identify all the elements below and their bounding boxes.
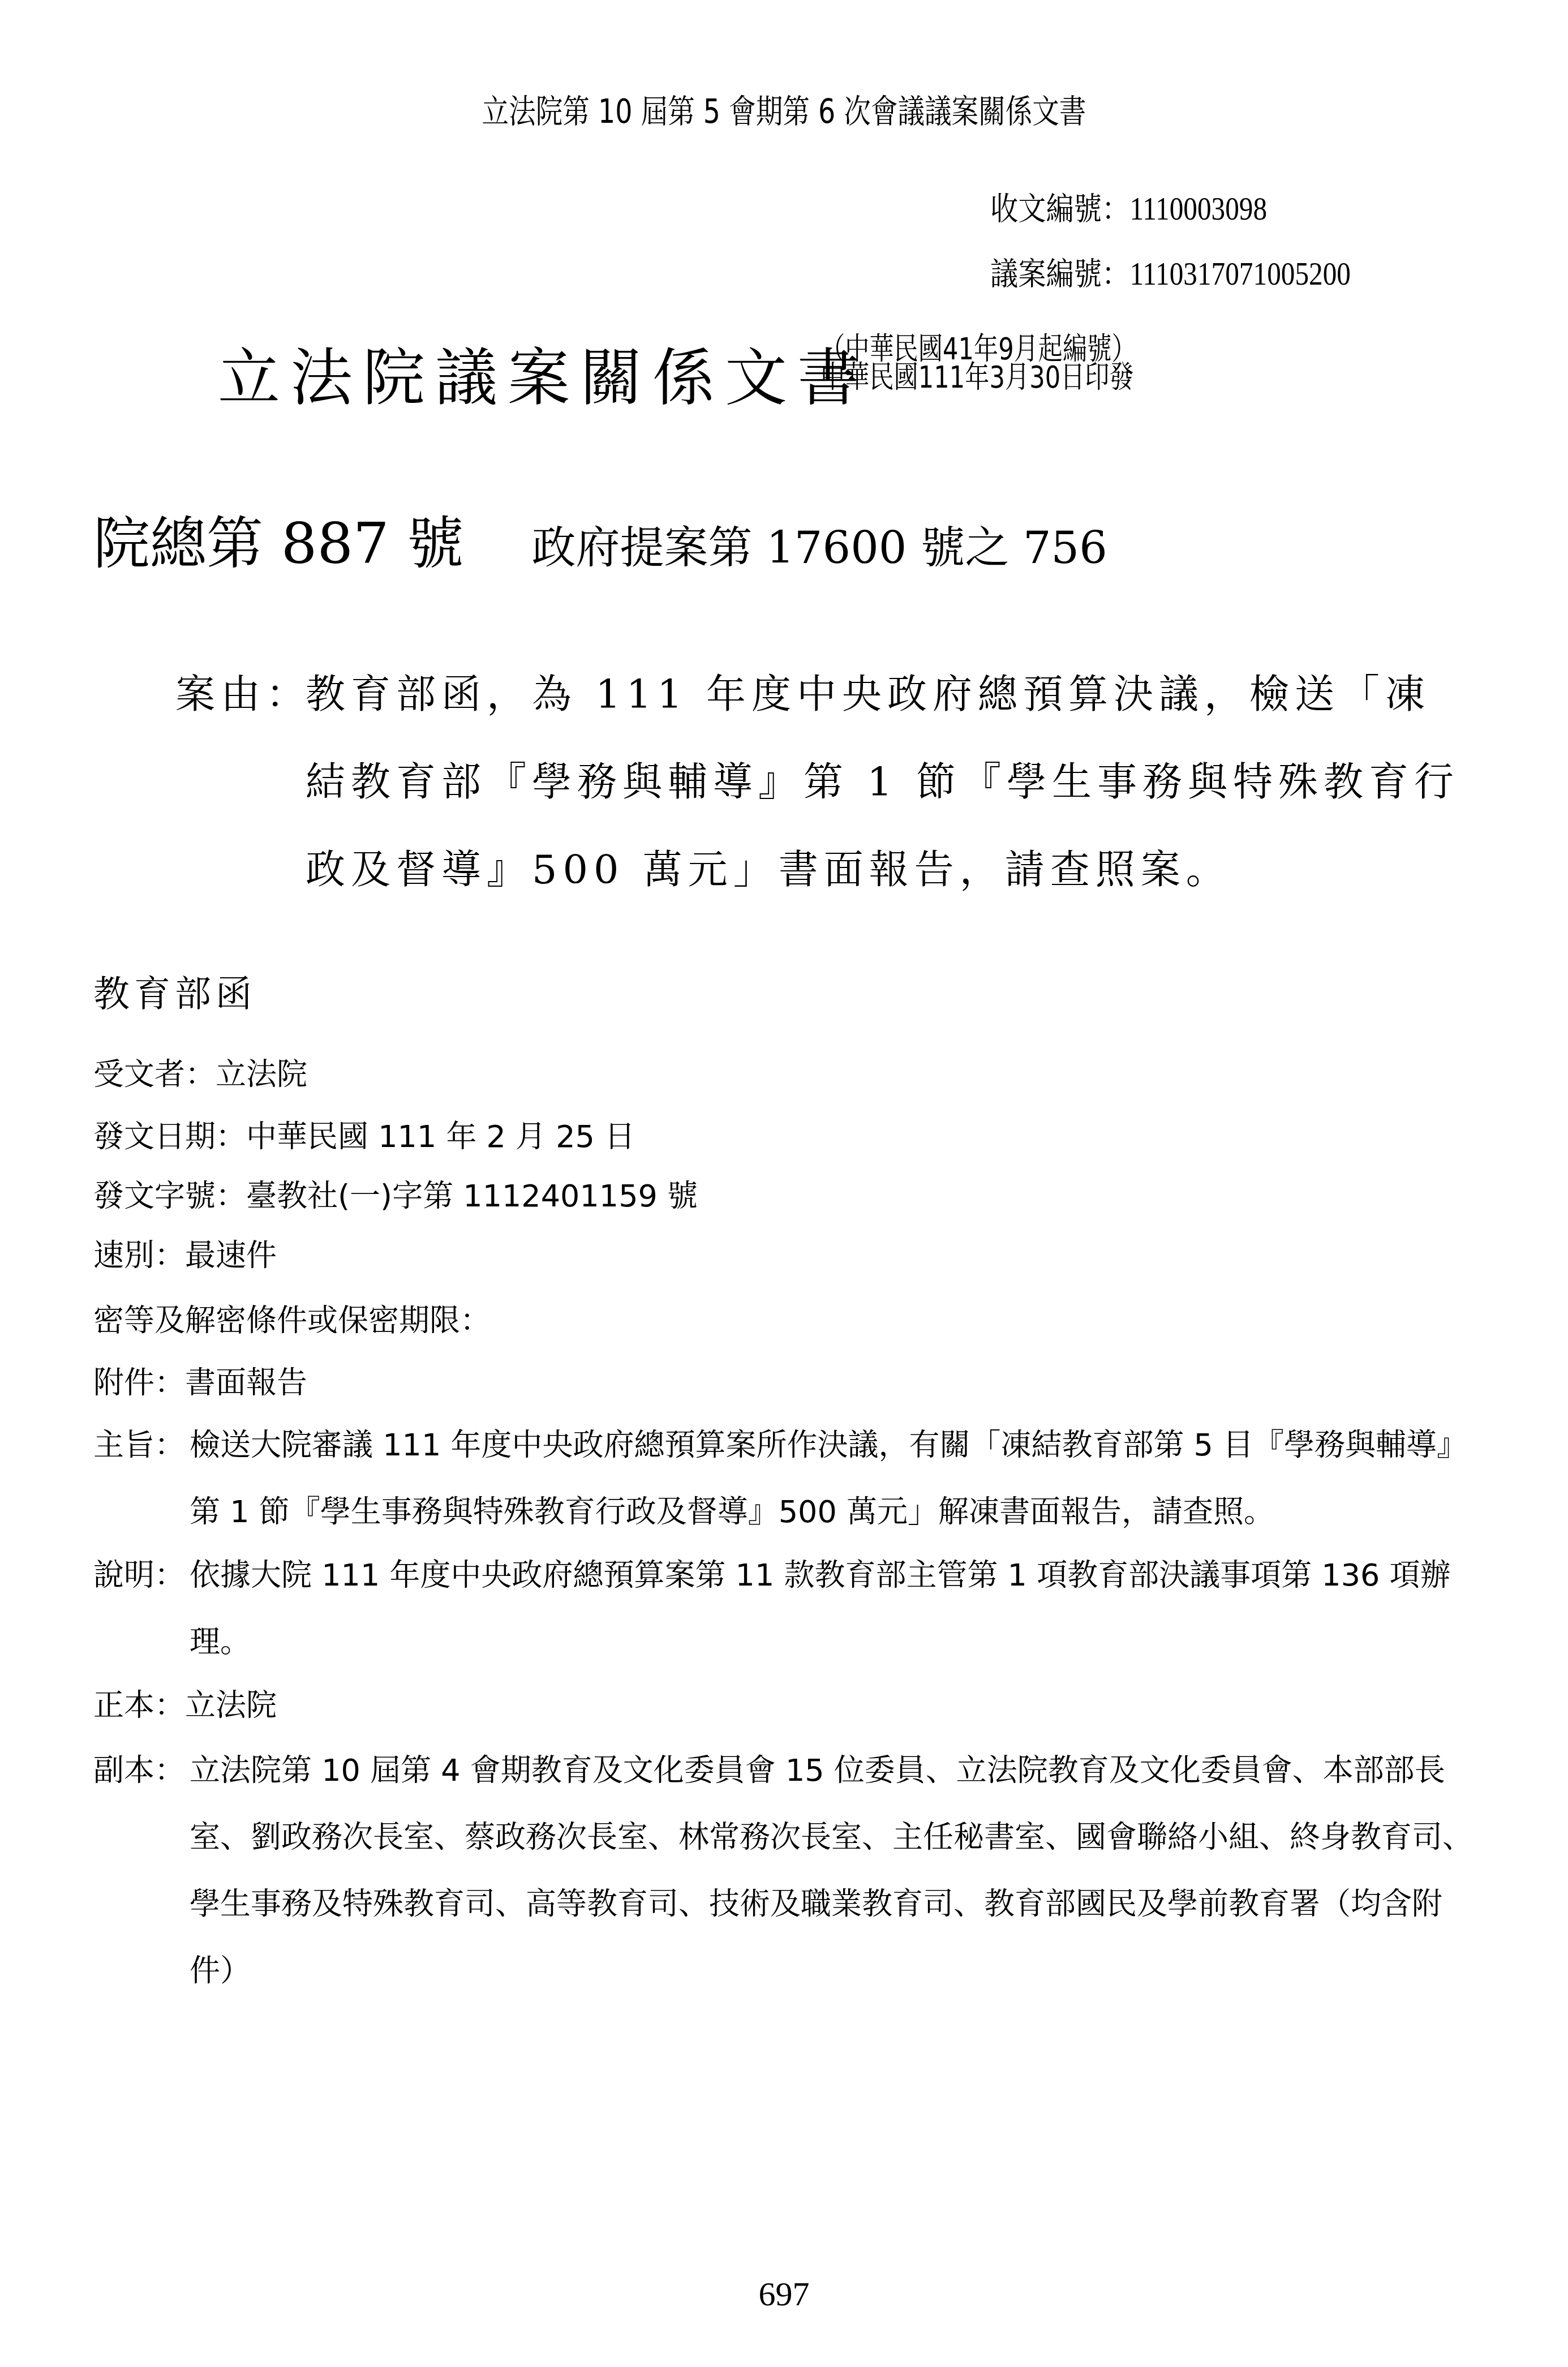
field-label: 受文者：: [93, 1056, 216, 1092]
field-value: 立法院: [216, 1056, 307, 1092]
field-label: 附件：: [93, 1365, 185, 1401]
yuan-number: 院總第 887 號: [93, 510, 463, 577]
session-header: 立法院第 10 屆第 5 會期第 6 次會議議案關係文書: [141, 85, 1427, 132]
document-number-line: 院總第 887 號政府提案第 17600 號之 756: [93, 498, 1107, 579]
field-value: 立法院: [185, 1687, 277, 1723]
subject-label: 案由：: [175, 651, 311, 738]
field-attachment: 附件：書面報告: [93, 1350, 1474, 1416]
field-urgency: 速別：最速件: [93, 1222, 1474, 1289]
field-issue-date: 發文日期：中華民國 111 年 2 月 25 日: [93, 1103, 1474, 1170]
field-label: 發文日期：: [93, 1119, 246, 1154]
field-value: 檢送大院審議 111 年度中央政府總預算案所作決議，有關「凍結教育部第 5 目『…: [190, 1412, 1474, 1545]
field-label: 速別：: [93, 1238, 185, 1273]
print-date: 中華民國111年3月30日印發: [820, 362, 1134, 393]
field-value: 臺教社(一)字第 1112401159 號: [246, 1178, 698, 1214]
bill-number-value: 1110317071005200: [1129, 257, 1351, 292]
field-label: 主旨：: [93, 1412, 185, 1479]
field-label: 副本：: [93, 1737, 185, 1804]
field-explanation: 說明： 依據大院 111 年度中央政府總預算案第 11 款教育部主管第 1 項教…: [93, 1542, 1474, 1676]
field-value: 中華民國 111 年 2 月 25 日: [246, 1119, 635, 1154]
receipt-number: 收文編號：1110003098: [990, 184, 1267, 229]
bill-number: 議案編號：1110317071005200: [990, 249, 1351, 294]
field-recipient: 受文者：立法院: [93, 1041, 1474, 1108]
subject-block: 案由： 教育部函，為 111 年度中央政府總預算決議，檢送「凍結教育部『學務與輔…: [175, 651, 1460, 914]
receipt-number-label: 收文編號：: [990, 191, 1129, 227]
field-label: 發文字號：: [93, 1178, 246, 1214]
field-value: 依據大院 111 年度中央政府總預算案第 11 款教育部主管第 1 項教育部決議…: [190, 1542, 1474, 1676]
field-value: 立法院第 10 屆第 4 會期教育及文化委員會 15 位委員、立法院教育及文化委…: [190, 1737, 1474, 2004]
document-title: 立法院議案關係文書: [218, 328, 870, 418]
page-number: 697: [0, 2275, 1568, 2314]
bill-number-label: 議案編號：: [990, 256, 1129, 293]
field-cc: 副本： 立法院第 10 屆第 4 會期教育及文化委員會 15 位委員、立法院教育…: [93, 1737, 1474, 2004]
field-label: 說明：: [93, 1542, 185, 1609]
subject-text: 教育部函，為 111 年度中央政府總預算決議，檢送「凍結教育部『學務與輔導』第 …: [306, 651, 1460, 914]
field-label: 正本：: [93, 1687, 185, 1723]
gov-proposal-number: 政府提案第 17600 號之 756: [531, 523, 1107, 574]
field-value: 最速件: [185, 1238, 277, 1273]
letter-sender: 教育部函: [93, 965, 256, 1017]
receipt-number-value: 1110003098: [1129, 192, 1267, 227]
field-purpose: 主旨： 檢送大院審議 111 年度中央政府總預算案所作決議，有關「凍結教育部第 …: [93, 1412, 1474, 1545]
field-original-copy: 正本：立法院: [93, 1672, 1474, 1739]
field-document-number: 發文字號：臺教社(一)字第 1112401159 號: [93, 1163, 1474, 1230]
field-label: 密等及解密條件或保密期限：: [93, 1303, 491, 1338]
field-classification: 密等及解密條件或保密期限：: [93, 1287, 1474, 1354]
field-value: 書面報告: [185, 1365, 307, 1401]
